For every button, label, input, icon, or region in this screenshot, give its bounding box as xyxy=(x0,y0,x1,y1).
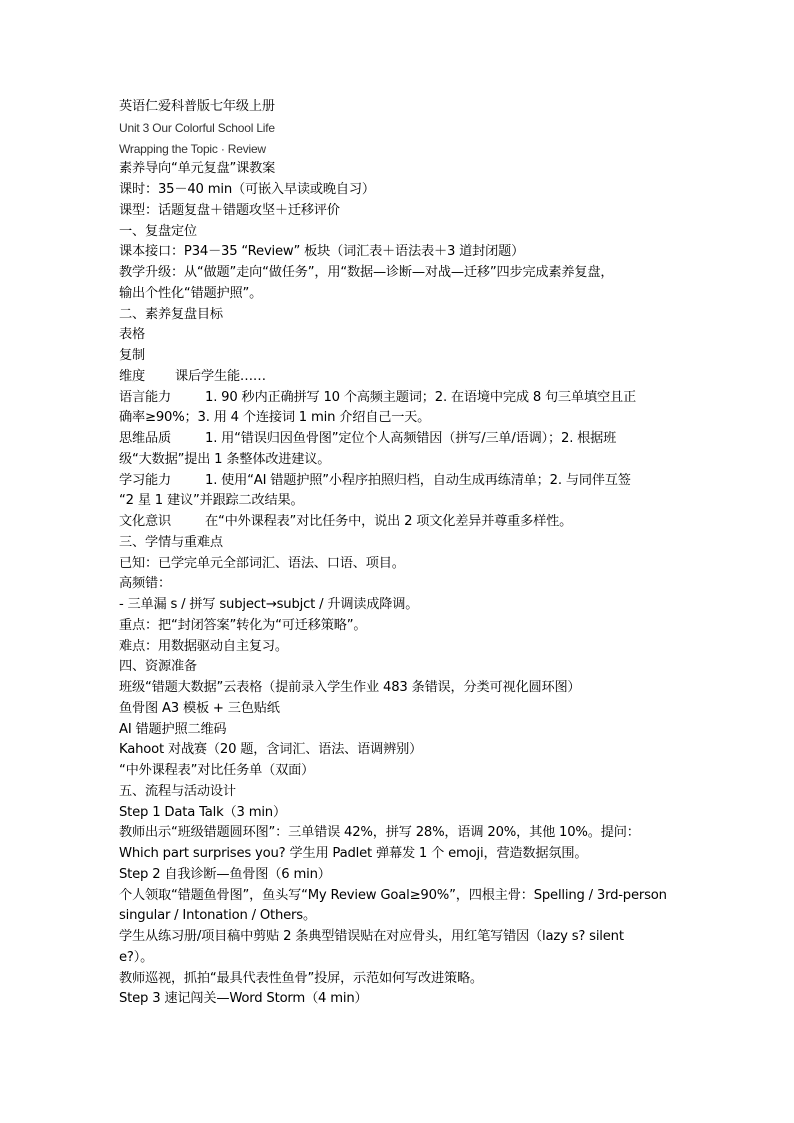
text-line: - 三单漏 s / 拼写 subject→subjct / 升调读成降调。 xyxy=(119,595,694,616)
step-heading: Step 2 自我诊断—鱼骨图（6 min） xyxy=(119,865,694,886)
section-heading: 五、流程与活动设计 xyxy=(119,782,694,803)
row-dimension: 思维品质 xyxy=(119,429,205,450)
header-outcome: 课后学生能…… xyxy=(175,369,266,384)
text-line: 难点：用数据驱动自主复习。 xyxy=(119,637,694,658)
text-line: e?）。 xyxy=(119,948,694,969)
duration-line: 课时：35－40 min（可嵌入早读或晚自习） xyxy=(119,180,694,201)
row-continuation: 级“大数据”提出 1 条整体改进建议。 xyxy=(119,450,694,471)
doc-subtitle: 素养导向“单元复盘”课教案 xyxy=(119,159,694,180)
row-outcome: 在“中外课程表”对比任务中，说出 2 项文化差异并尊重多样性。 xyxy=(205,514,572,529)
row-dimension: 学习能力 xyxy=(119,471,205,492)
text-line: singular / Intonation / Others。 xyxy=(119,906,694,927)
section-heading: 四、资源准备 xyxy=(119,657,694,678)
table-row: 学习能力1. 使用“AI 错题护照”小程序拍照归档，自动生成再练清单；2. 与同… xyxy=(119,471,694,492)
table-row: 文化意识在“中外课程表”对比任务中，说出 2 项文化差异并尊重多样性。 xyxy=(119,512,694,533)
text-line: 学生从练习册/项目稿中剪贴 2 条典型错误贴在对应骨头，用红笔写错因（lazy … xyxy=(119,927,694,948)
resource-item: “中外课程表”对比任务单（双面） xyxy=(119,761,694,782)
text-line: 高频错： xyxy=(119,574,694,595)
resource-item: 班级“错题大数据”云表格（提前录入学生作业 483 条错误，分类可视化圆环图） xyxy=(119,678,694,699)
text-line: 教师巡视，抓拍“最具代表性鱼骨”投屏，示范如何写改进策略。 xyxy=(119,969,694,990)
resource-item: Kahoot 对战赛（20 题，含词汇、语法、语调辨别） xyxy=(119,740,694,761)
row-outcome: 1. 用“错误归因鱼骨图”定位个人高频错因（拼写/三单/语调）；2. 根据班 xyxy=(205,431,616,446)
row-continuation: “2 星 1 建议”并跟踪二改结果。 xyxy=(119,491,694,512)
section-heading: 三、学情与重难点 xyxy=(119,533,694,554)
table-label: 表格 xyxy=(119,325,694,346)
topic-title: Wrapping the Topic · Review xyxy=(119,139,694,160)
table-header: 维度课后学生能…… xyxy=(119,367,694,388)
row-outcome: 1. 使用“AI 错题护照”小程序拍照归档，自动生成再练清单；2. 与同伴互签 xyxy=(205,473,631,488)
header-dimension: 维度 xyxy=(119,367,175,388)
step-heading: Step 3 速记闯关—Word Storm（4 min） xyxy=(119,989,694,1010)
copy-label[interactable]: 复制 xyxy=(119,346,694,367)
doc-title: 英语仁爱科普版七年级上册 xyxy=(119,97,694,118)
lesson-type-line: 课型：话题复盘＋错题攻坚＋迁移评价 xyxy=(119,201,694,222)
text-line: 输出个性化“错题护照”。 xyxy=(119,284,694,305)
document-page: 英语仁爱科普版七年级上册 Unit 3 Our Colorful School … xyxy=(119,97,694,1010)
row-dimension: 语言能力 xyxy=(119,388,205,409)
text-line: 重点：把“封闭答案”转化为“可迁移策略”。 xyxy=(119,616,694,637)
resource-item: AI 错题护照二维码 xyxy=(119,720,694,741)
table-row: 语言能力1. 90 秒内正确拼写 10 个高频主题词；2. 在语境中完成 8 句… xyxy=(119,388,694,409)
row-continuation: 确率≥90%；3. 用 4 个连接词 1 min 介绍自己一天。 xyxy=(119,408,694,429)
text-line: 教师出示“班级错题圆环图”：三单错误 42%，拼写 28%，语调 20%，其他 … xyxy=(119,823,694,844)
text-line: Which part surprises you? 学生用 Padlet 弹幕发… xyxy=(119,844,694,865)
text-line: 已知：已学完单元全部词汇、语法、口语、项目。 xyxy=(119,554,694,575)
resource-item: 鱼骨图 A3 模板 + 三色贴纸 xyxy=(119,699,694,720)
section-heading: 一、复盘定位 xyxy=(119,222,694,243)
row-outcome: 1. 90 秒内正确拼写 10 个高频主题词；2. 在语境中完成 8 句三单填空… xyxy=(205,390,636,405)
text-line: 教学升级：从“做题”走向“做任务”，用“数据—诊断—对战—迁移”四步完成素养复盘… xyxy=(119,263,694,284)
unit-title: Unit 3 Our Colorful School Life xyxy=(119,118,694,139)
table-row: 思维品质1. 用“错误归因鱼骨图”定位个人高频错因（拼写/三单/语调）；2. 根… xyxy=(119,429,694,450)
section-heading: 二、素养复盘目标 xyxy=(119,305,694,326)
step-heading: Step 1 Data Talk（3 min） xyxy=(119,803,694,824)
text-line: 课本接口：P34－35 “Review” 板块（词汇表＋语法表＋3 道封闭题） xyxy=(119,242,694,263)
row-dimension: 文化意识 xyxy=(119,512,205,533)
text-line: 个人领取“错题鱼骨图”，鱼头写“My Review Goal≥90%”，四根主骨… xyxy=(119,886,694,907)
